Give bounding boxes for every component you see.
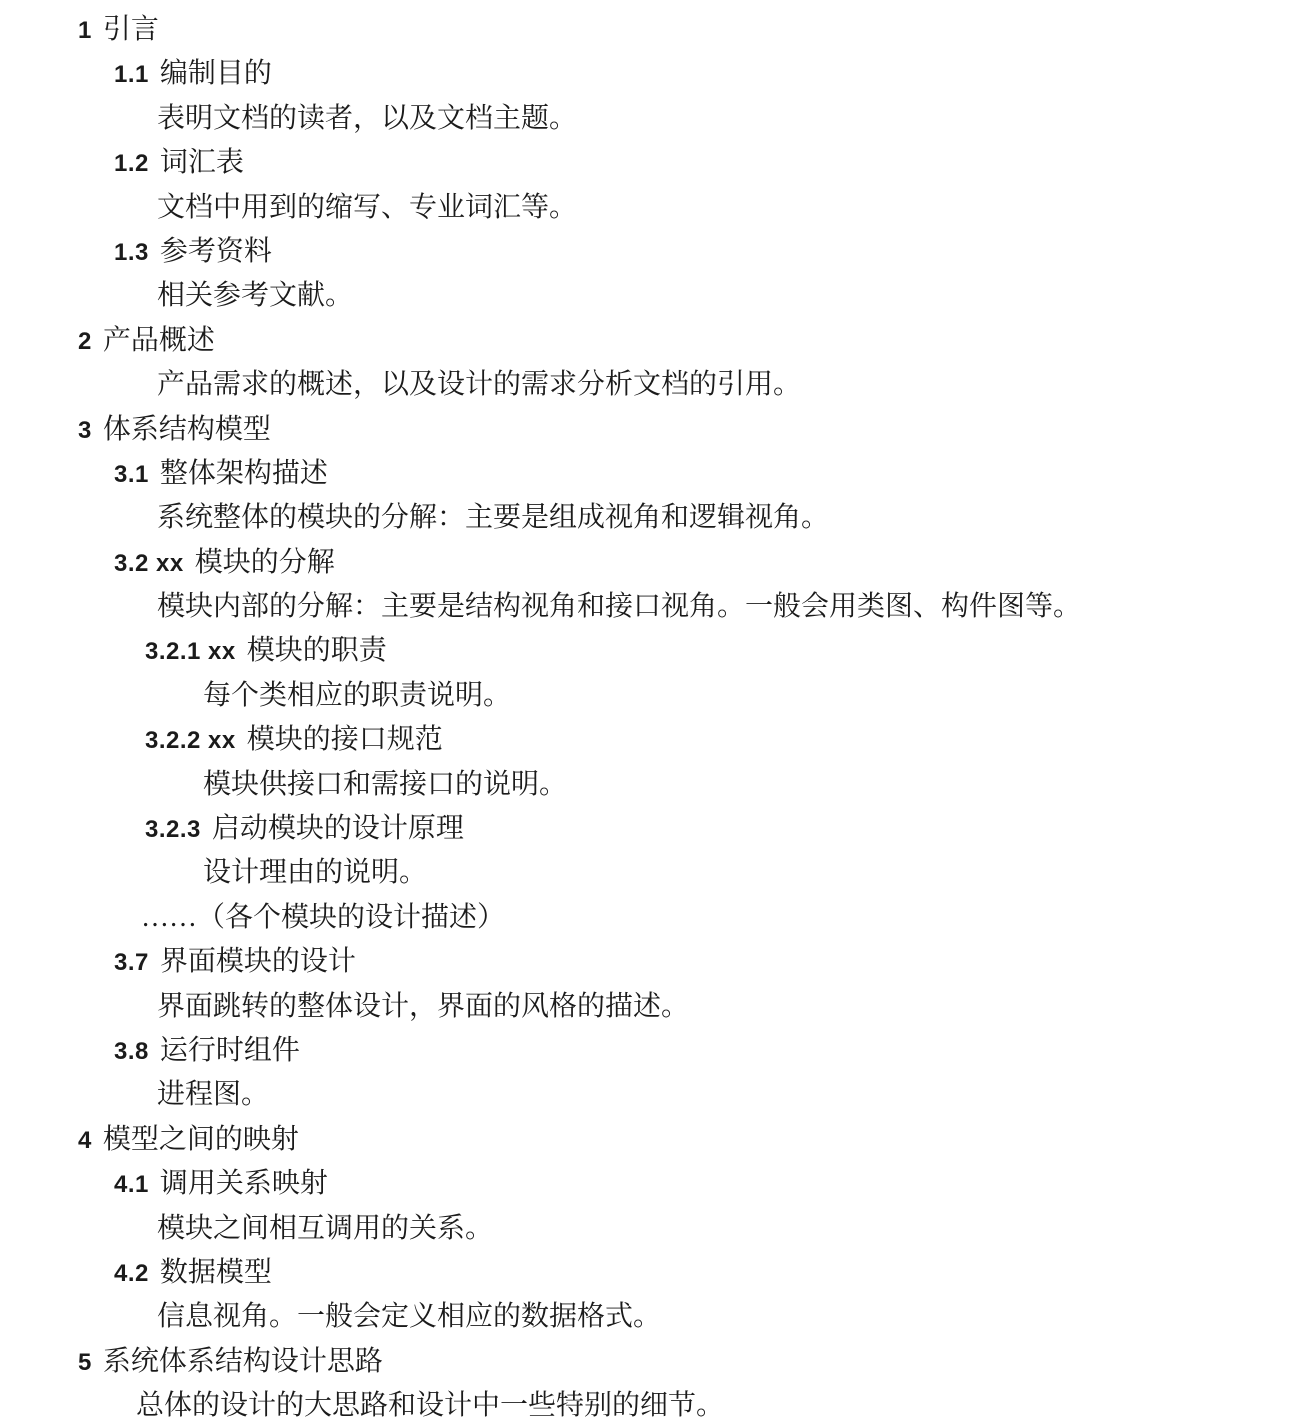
outline-description: 产品需求的概述，以及设计的需求分析文档的引用。 — [0, 363, 1302, 407]
description-text: 模块供接口和需接口的说明。 — [203, 769, 567, 800]
heading-title: 调用关系映射 — [160, 1168, 328, 1199]
outline-description: 每个类相应的职责说明。 — [0, 674, 1302, 718]
heading-number: 3.2.1 xx — [145, 638, 236, 665]
description-text: 相关参考文献。 — [157, 280, 353, 311]
heading-number: 4.2 — [114, 1260, 149, 1287]
heading-title: 参考资料 — [160, 236, 272, 267]
outline-heading-3: 3体系结构模型 — [0, 408, 1302, 452]
heading-title: 启动模块的设计原理 — [212, 813, 464, 844]
outline-heading-4-2: 4.2数据模型 — [0, 1251, 1302, 1295]
outline-heading-1: 1引言 — [0, 8, 1302, 52]
heading-number: 3.2 xx — [114, 550, 184, 577]
outline-description: 信息视角。一般会定义相应的数据格式。 — [0, 1295, 1302, 1339]
document-page: 1引言 1.1编制目的 表明文档的读者，以及文档主题。 1.2词汇表 文档中用到… — [0, 8, 1302, 1424]
outline-heading-4: 4模型之间的映射 — [0, 1118, 1302, 1162]
heading-title: 模块的分解 — [195, 547, 335, 578]
description-text: 信息视角。一般会定义相应的数据格式。 — [157, 1301, 661, 1332]
heading-number: 1.3 — [114, 239, 149, 266]
outline-description: 设计理由的说明。 — [0, 851, 1302, 895]
outline-heading-5: 5系统体系结构设计思路 — [0, 1340, 1302, 1384]
outline-heading-2: 2产品概述 — [0, 319, 1302, 363]
heading-number: 1.2 — [114, 150, 149, 177]
outline-heading-1-1: 1.1编制目的 — [0, 52, 1302, 96]
heading-title: 模型之间的映射 — [103, 1124, 299, 1155]
outline-description: 相关参考文献。 — [0, 274, 1302, 318]
outline-description: 模块内部的分解：主要是结构视角和接口视角。一般会用类图、构件图等。 — [0, 585, 1302, 629]
outline-description: 文档中用到的缩写、专业词汇等。 — [0, 186, 1302, 230]
description-text: 进程图。 — [157, 1079, 269, 1110]
heading-title: 引言 — [103, 14, 159, 45]
description-text: 产品需求的概述，以及设计的需求分析文档的引用。 — [157, 369, 801, 400]
description-text: 模块内部的分解：主要是结构视角和接口视角。一般会用类图、构件图等。 — [157, 591, 1081, 622]
outline-heading-4-1: 4.1调用关系映射 — [0, 1162, 1302, 1206]
description-text: 界面跳转的整体设计，界面的风格的描述。 — [157, 991, 689, 1022]
heading-title: 模块的接口规范 — [247, 724, 443, 755]
heading-number: 3.2.2 xx — [145, 727, 236, 754]
outline-description: 模块之间相互调用的关系。 — [0, 1207, 1302, 1251]
heading-title: 产品概述 — [103, 325, 215, 356]
heading-title: 系统体系结构设计思路 — [103, 1346, 383, 1377]
heading-number: 1.1 — [114, 61, 149, 88]
outline-heading-3-2-2: 3.2.2 xx模块的接口规范 — [0, 718, 1302, 762]
description-text: 系统整体的模块的分解：主要是组成视角和逻辑视角。 — [157, 502, 829, 533]
heading-title: 整体架构描述 — [160, 458, 328, 489]
outline-heading-3-1: 3.1整体架构描述 — [0, 452, 1302, 496]
heading-title: 运行时组件 — [160, 1035, 300, 1066]
description-text: 每个类相应的职责说明。 — [203, 680, 511, 711]
description-text: 文档中用到的缩写、专业词汇等。 — [157, 192, 577, 223]
description-text: 模块之间相互调用的关系。 — [157, 1213, 493, 1244]
outline-description: 模块供接口和需接口的说明。 — [0, 763, 1302, 807]
outline-ellipsis-note: ……（各个模块的设计描述） — [0, 896, 1302, 940]
heading-number: 5 — [78, 1349, 92, 1376]
heading-title: 界面模块的设计 — [160, 946, 356, 977]
heading-number: 4.1 — [114, 1171, 149, 1198]
heading-number: 1 — [78, 17, 92, 44]
heading-number: 3 — [78, 417, 92, 444]
description-text: 表明文档的读者，以及文档主题。 — [157, 103, 577, 134]
heading-number: 3.7 — [114, 949, 149, 976]
heading-number: 3.8 — [114, 1038, 149, 1065]
heading-title: 编制目的 — [160, 58, 272, 89]
outline-heading-3-2-3: 3.2.3启动模块的设计原理 — [0, 807, 1302, 851]
outline-heading-3-7: 3.7界面模块的设计 — [0, 940, 1302, 984]
heading-title: 词汇表 — [160, 147, 244, 178]
heading-number: 2 — [78, 328, 92, 355]
outline-heading-1-2: 1.2词汇表 — [0, 141, 1302, 185]
outline-description: 界面跳转的整体设计，界面的风格的描述。 — [0, 985, 1302, 1029]
outline-description: 表明文档的读者，以及文档主题。 — [0, 97, 1302, 141]
outline-description: 系统整体的模块的分解：主要是组成视角和逻辑视角。 — [0, 496, 1302, 540]
outline-heading-3-2-1: 3.2.1 xx模块的职责 — [0, 629, 1302, 673]
outline-heading-3-2: 3.2 xx模块的分解 — [0, 541, 1302, 585]
outline-heading-1-3: 1.3参考资料 — [0, 230, 1302, 274]
description-text: 设计理由的说明。 — [203, 857, 427, 888]
heading-title: 体系结构模型 — [103, 414, 271, 445]
heading-title: 模块的职责 — [247, 635, 387, 666]
description-text: 总体的设计的大思路和设计中一些特别的细节。 — [136, 1390, 724, 1421]
ellipsis-text: ……（各个模块的设计描述） — [141, 902, 505, 933]
heading-number: 4 — [78, 1127, 92, 1154]
outline-description: 进程图。 — [0, 1073, 1302, 1117]
outline-heading-3-8: 3.8运行时组件 — [0, 1029, 1302, 1073]
heading-title: 数据模型 — [160, 1257, 272, 1288]
heading-number: 3.1 — [114, 461, 149, 488]
heading-number: 3.2.3 — [145, 816, 201, 843]
outline-description: 总体的设计的大思路和设计中一些特别的细节。 — [0, 1384, 1302, 1424]
